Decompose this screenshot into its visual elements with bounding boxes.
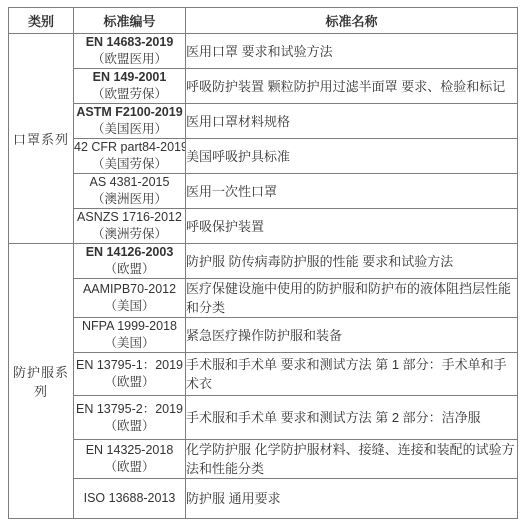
standard-number: AS 4381-2015	[74, 174, 185, 191]
standard-number-cell: AAMIPB70-2012 （美国）	[74, 279, 186, 318]
standard-name-cell: 美国呼吸护具标准	[186, 139, 518, 174]
standard-number: EN 14683-2019	[74, 34, 185, 51]
table-row: ASTM F2100-2019 （美国医用） 医用口罩材料规格	[9, 104, 518, 139]
standard-number: EN 13795-1：2019	[74, 357, 185, 374]
standards-table: 类别 标准编号 标准名称 口罩系列 EN 14683-2019 （欧盟医用） 医…	[8, 7, 518, 519]
standard-number: EN 14126-2003	[74, 244, 185, 261]
category-cell-masks: 口罩系列	[9, 34, 74, 244]
standard-number-cell: EN 13795-1：2019 （欧盟）	[74, 353, 186, 396]
standard-number-cell: NFPA 1999-2018 （美国）	[74, 318, 186, 353]
standard-number-cell: ISO 13688-2013	[74, 479, 186, 519]
standard-region: （欧盟）	[74, 261, 185, 278]
standard-name-cell: 医用口罩材料规格	[186, 104, 518, 139]
standard-number: EN 149-2001	[74, 69, 185, 86]
table-row: NFPA 1999-2018 （美国） 紧急医疗操作防护服和装备	[9, 318, 518, 353]
table-row: ASNZS 1716-2012 （澳洲劳保） 呼吸保护装置	[9, 209, 518, 244]
table-row: 防护服系列 EN 14126-2003 （欧盟） 防护服 防传病毒防护服的性能 …	[9, 244, 518, 279]
standard-name-cell: 防护服 通用要求	[186, 479, 518, 519]
standard-number-cell: EN 14126-2003 （欧盟）	[74, 244, 186, 279]
standard-number-cell: 42 CFR part84-2019 （美国劳保）	[74, 139, 186, 174]
standard-number-cell: EN 14325-2018 （欧盟）	[74, 440, 186, 479]
category-cell-protective-clothing: 防护服系列	[9, 244, 74, 519]
standard-number-cell: ASNZS 1716-2012 （澳洲劳保）	[74, 209, 186, 244]
standard-region: （欧盟）	[74, 459, 185, 476]
standard-name-cell: 呼吸保护装置	[186, 209, 518, 244]
standard-name-cell: 手术服和手术单 要求和测试方法 第 2 部分：洁净服	[186, 396, 518, 440]
standard-name-cell: 化学防护服 化学防护服材料、接缝、连接和装配的试验方法和性能分类	[186, 440, 518, 479]
standard-region: （欧盟医用）	[74, 51, 185, 68]
header-standard-number: 标准编号	[74, 8, 186, 34]
standard-number: ISO 13688-2013	[74, 490, 185, 507]
standard-region: （澳洲医用）	[74, 191, 185, 208]
standard-region: （美国医用）	[74, 121, 185, 138]
standard-number: EN 14325-2018	[74, 442, 185, 459]
standard-name-cell: 防护服 防传病毒防护服的性能 要求和试验方法	[186, 244, 518, 279]
header-row: 类别 标准编号 标准名称	[9, 8, 518, 34]
standard-number: ASNZS 1716-2012	[74, 209, 185, 226]
table-row: AS 4381-2015 （澳洲医用） 医用一次性口罩	[9, 174, 518, 209]
standard-number-cell: EN 14683-2019 （欧盟医用）	[74, 34, 186, 69]
standard-name-cell: 医用一次性口罩	[186, 174, 518, 209]
table-row: EN 14325-2018 （欧盟） 化学防护服 化学防护服材料、接缝、连接和装…	[9, 440, 518, 479]
standard-number-cell: EN 149-2001 （欧盟劳保）	[74, 69, 186, 104]
table-row: 42 CFR part84-2019 （美国劳保） 美国呼吸护具标准	[9, 139, 518, 174]
standard-region: （欧盟劳保）	[74, 86, 185, 103]
table-row: EN 13795-1：2019 （欧盟） 手术服和手术单 要求和测试方法 第 1…	[9, 353, 518, 396]
standard-number: NFPA 1999-2018	[74, 318, 185, 335]
standard-number: EN 13795-2：2019	[74, 401, 185, 418]
standard-name-cell: 医用口罩 要求和试验方法	[186, 34, 518, 69]
table-row: EN 149-2001 （欧盟劳保） 呼吸防护装置 颗粒防护用过滤半面罩 要求、…	[9, 69, 518, 104]
standard-name-cell: 手术服和手术单 要求和测试方法 第 1 部分：手术单和手术衣	[186, 353, 518, 396]
standard-region: （欧盟）	[74, 374, 185, 391]
standard-number: 42 CFR part84-2019	[74, 139, 185, 156]
standard-name-cell: 紧急医疗操作防护服和装备	[186, 318, 518, 353]
standard-region: （欧盟）	[74, 418, 185, 435]
standard-number-cell: EN 13795-2：2019 （欧盟）	[74, 396, 186, 440]
standard-number-cell: ASTM F2100-2019 （美国医用）	[74, 104, 186, 139]
standard-region: （美国劳保）	[74, 156, 185, 173]
header-category: 类别	[9, 8, 74, 34]
standard-name-cell: 医疗保健设施中使用的防护服和防护布的液体阻挡层性能和分类	[186, 279, 518, 318]
table-row: 口罩系列 EN 14683-2019 （欧盟医用） 医用口罩 要求和试验方法	[9, 34, 518, 69]
table-row: ISO 13688-2013 防护服 通用要求	[9, 479, 518, 519]
standard-region: （美国）	[74, 335, 185, 352]
header-standard-name: 标准名称	[186, 8, 518, 34]
standard-number: ASTM F2100-2019	[74, 104, 185, 121]
standards-table-container: 类别 标准编号 标准名称 口罩系列 EN 14683-2019 （欧盟医用） 医…	[8, 7, 518, 519]
table-row: EN 13795-2：2019 （欧盟） 手术服和手术单 要求和测试方法 第 2…	[9, 396, 518, 440]
standard-name-cell: 呼吸防护装置 颗粒防护用过滤半面罩 要求、检验和标记	[186, 69, 518, 104]
standard-number: AAMIPB70-2012	[74, 281, 185, 298]
table-row: AAMIPB70-2012 （美国） 医疗保健设施中使用的防护服和防护布的液体阻…	[9, 279, 518, 318]
standard-region: （澳洲劳保）	[74, 226, 185, 243]
standard-region: （美国）	[74, 298, 185, 315]
standard-number-cell: AS 4381-2015 （澳洲医用）	[74, 174, 186, 209]
